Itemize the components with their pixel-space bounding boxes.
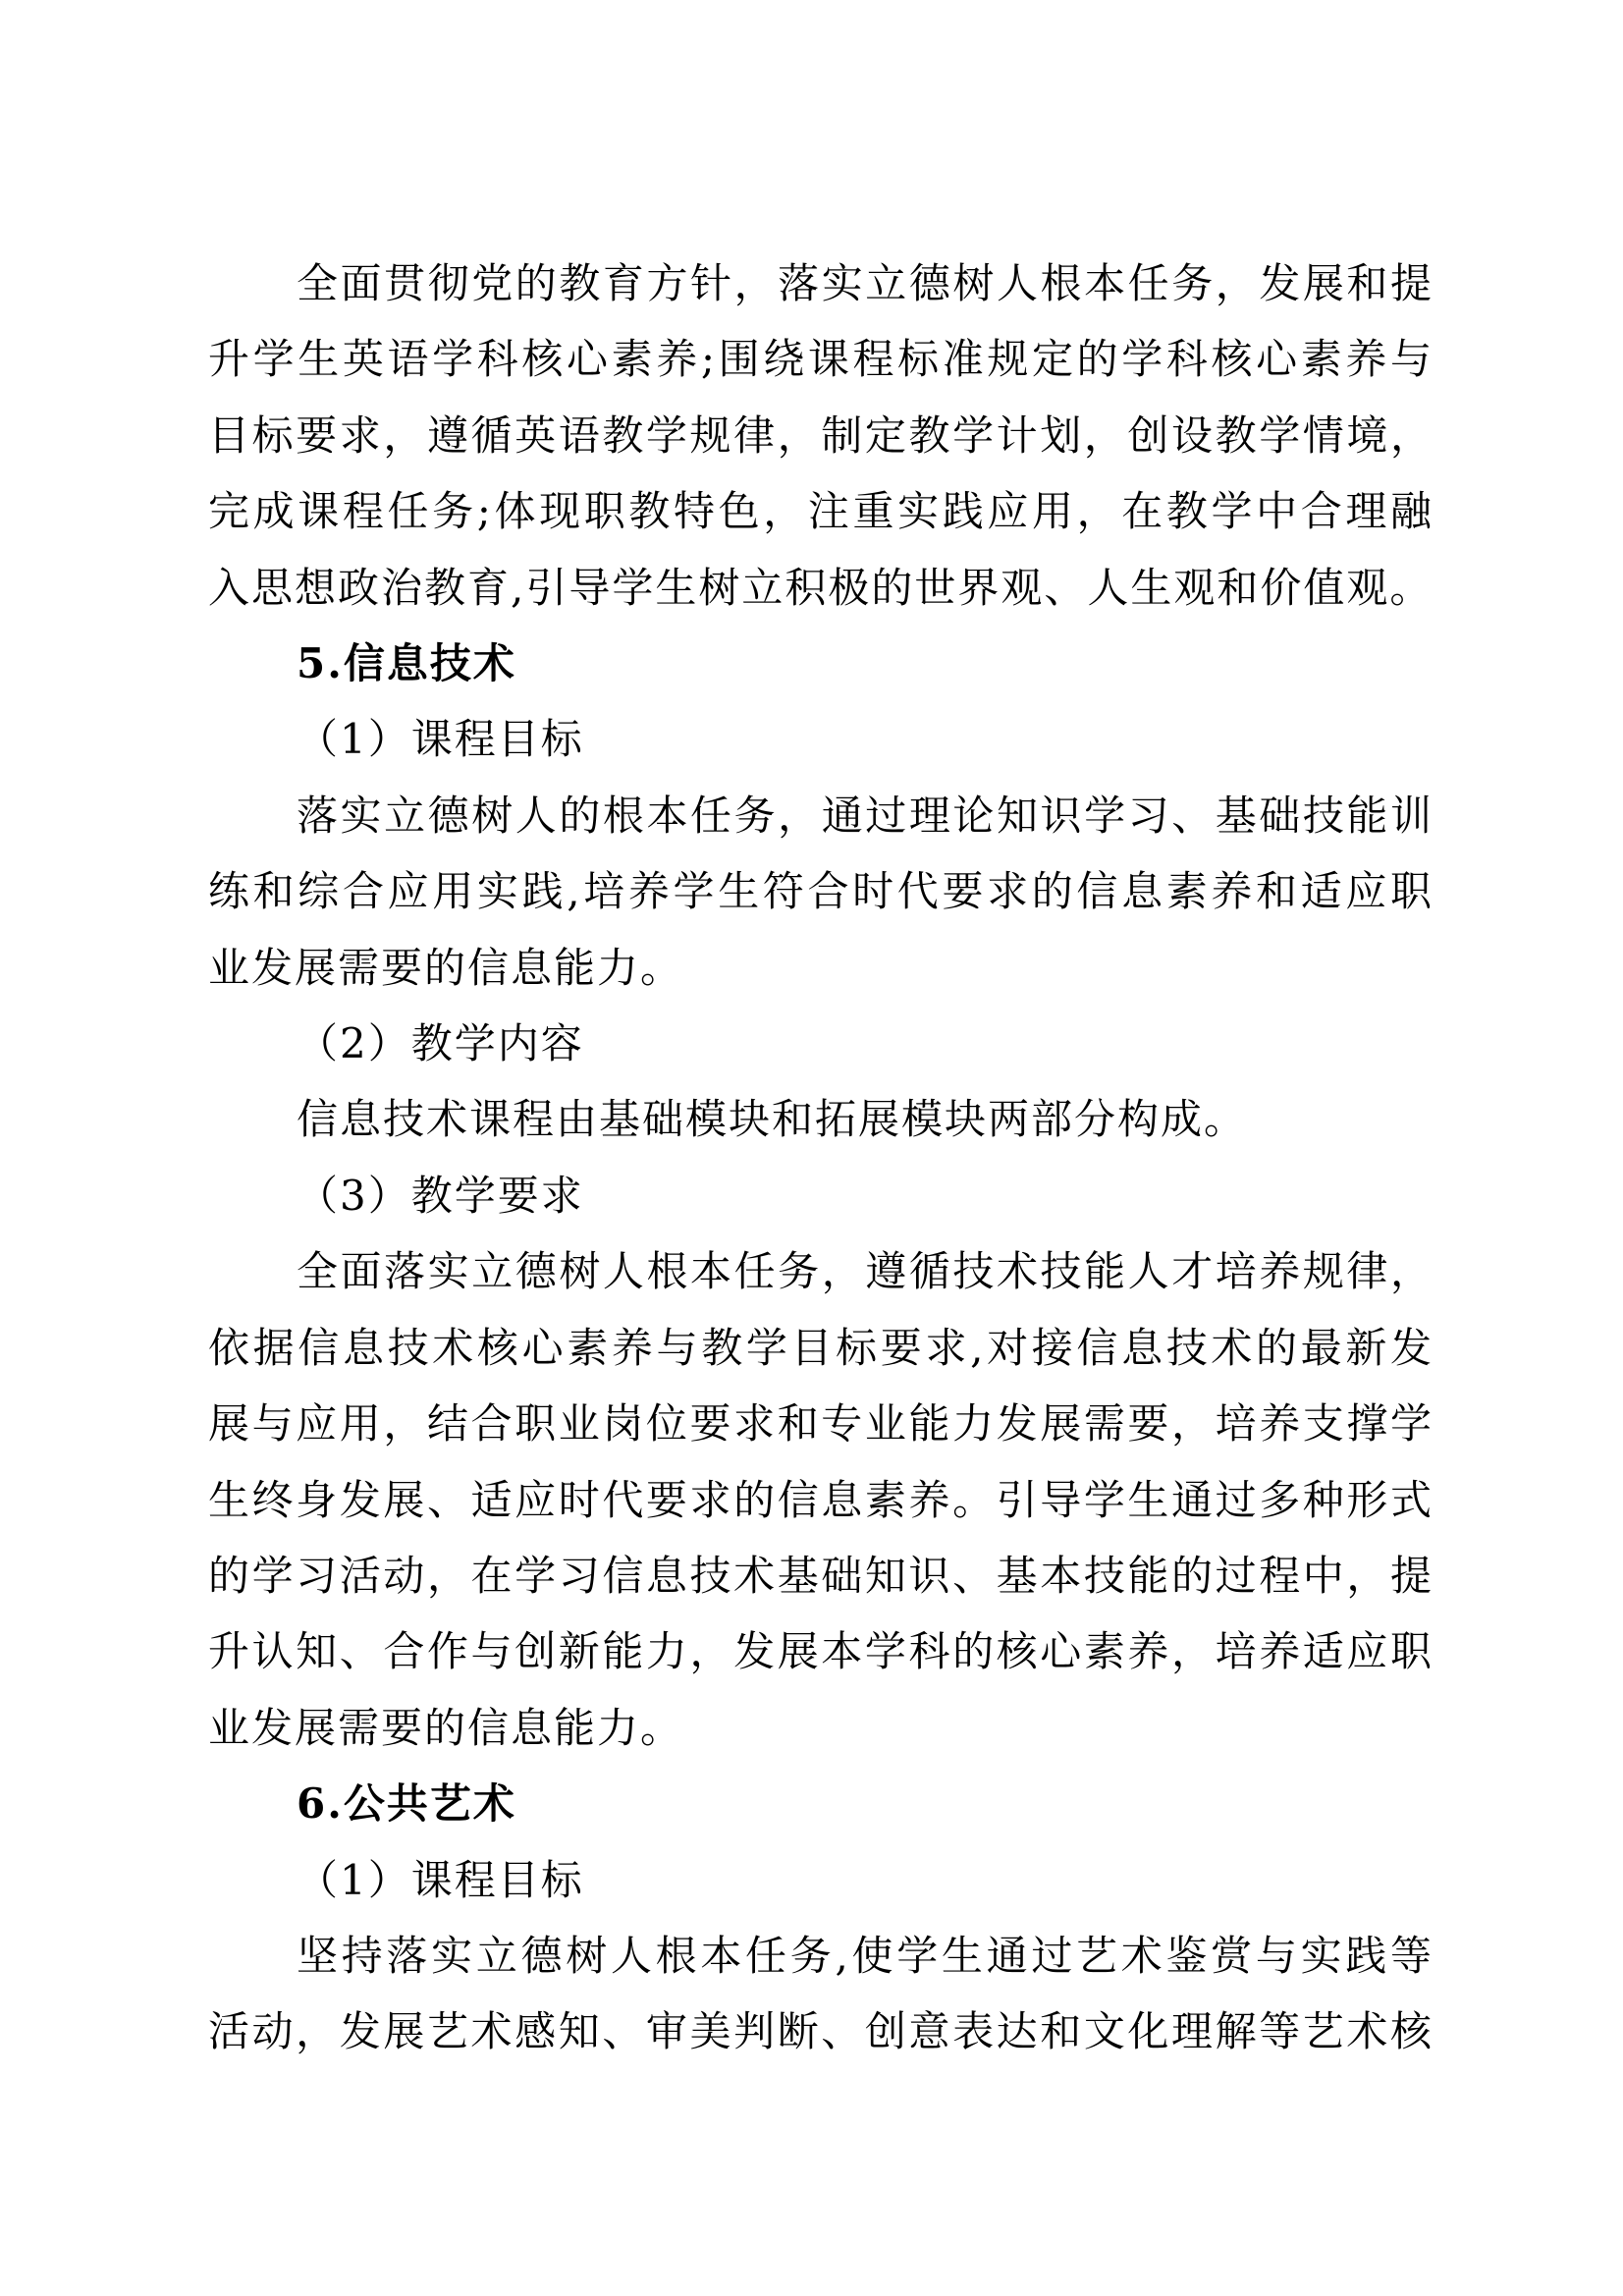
text-block: 全面贯彻党的教育方针，落实立德树人根本任务，发展和提 升学生英语学科核心素养;围…: [208, 246, 1434, 2070]
section-heading-public-arts: 6.公共艺术: [208, 1766, 1434, 1841]
body-line: 业发展需要的信息能力。: [208, 930, 1434, 1006]
body-line: 完成课程任务;体现职教特色，注重实践应用，在教学中合理融: [208, 473, 1434, 549]
body-line: 生终身发展、适应时代要求的信息素养。引导学生通过多种形式: [208, 1462, 1434, 1538]
document-page: 全面贯彻党的教育方针，落实立德树人根本任务，发展和提 升学生英语学科核心素养;围…: [0, 0, 1623, 2296]
subheading-teaching-content: （2）教学内容: [208, 1006, 1434, 1081]
subheading-teaching-requirements: （3）教学要求: [208, 1158, 1434, 1233]
body-line: 落实立德树人的根本任务，通过理论知识学习、基础技能训: [208, 778, 1434, 853]
body-line: 升认知、合作与创新能力，发展本学科的核心素养，培养适应职: [208, 1613, 1434, 1689]
body-line: 升学生英语学科核心素养;围绕课程标准规定的学科核心素养与: [208, 321, 1434, 397]
subheading-course-goal: （1）课程目标: [208, 701, 1434, 777]
body-line: 展与应用，结合职业岗位要求和专业能力发展需要，培养支撑学: [208, 1386, 1434, 1461]
body-line: 的学习活动，在学习信息技术基础知识、基本技能的过程中，提: [208, 1538, 1434, 1613]
body-line: 坚持落实立德树人根本任务,使学生通过艺术鉴赏与实践等: [208, 1918, 1434, 1994]
body-line: 活动，发展艺术感知、审美判断、创意表达和文化理解等艺术核: [208, 1994, 1434, 2069]
body-line: 全面贯彻党的教育方针，落实立德树人根本任务，发展和提: [208, 246, 1434, 321]
body-line: 信息技术课程由基础模块和拓展模块两部分构成。: [208, 1081, 1434, 1157]
subheading-course-goal: （1）课程目标: [208, 1842, 1434, 1918]
body-line: 业发展需要的信息能力。: [208, 1690, 1434, 1766]
body-line: 练和综合应用实践,培养学生符合时代要求的信息素养和适应职: [208, 853, 1434, 929]
section-heading-information-technology: 5.信息技术: [208, 626, 1434, 701]
body-line: 目标要求，遵循英语教学规律，制定教学计划，创设教学情境，: [208, 398, 1434, 473]
body-line: 全面落实立德树人根本任务，遵循技术技能人才培养规律，: [208, 1233, 1434, 1309]
body-line: 依据信息技术核心素养与教学目标要求,对接信息技术的最新发: [208, 1310, 1434, 1386]
body-line: 入思想政治教育,引导学生树立积极的世界观、人生观和价值观。: [208, 550, 1434, 626]
